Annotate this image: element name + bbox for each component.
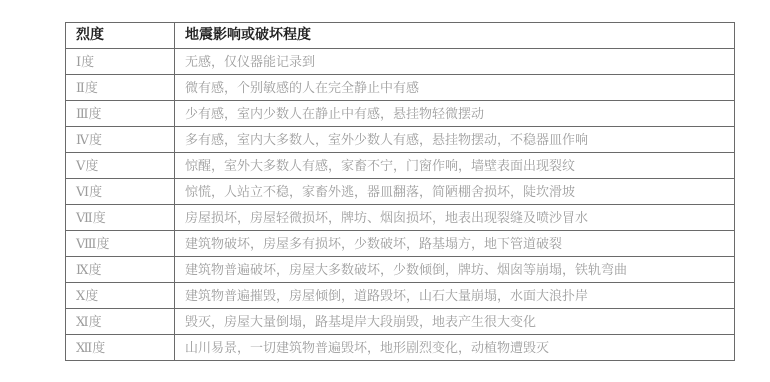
table-row: Ⅹ度 建筑物普遍摧毁，房屋倾倒，道路毁坏，山石大量崩塌，水面大浪扑岸 <box>66 283 735 309</box>
table-row: Ⅵ度 惊慌，人站立不稳，家畜外逃，器皿翻落，简陋棚舍损坏，陡坎滑坡 <box>66 179 735 205</box>
document-page: 烈度 地震影响或破坏程度 Ⅰ度 无感，仅仪器能记录到 Ⅱ度 微有感，个别敏感的人… <box>0 0 770 382</box>
description-cell: 多有感，室内大多数人，室外少数人有感，悬挂物摆动，不稳器皿作响 <box>175 127 735 153</box>
description-cell: 山川易景，一切建筑物普遍毁坏，地形剧烈变化，动植物遭毁灭 <box>175 335 735 361</box>
description-cell: 惊慌，人站立不稳，家畜外逃，器皿翻落，简陋棚舍损坏，陡坎滑坡 <box>175 179 735 205</box>
intensity-cell: Ⅷ度 <box>66 231 175 257</box>
table-row: Ⅶ度 房屋损坏，房屋轻微损坏，牌坊、烟囱损坏，地表出现裂缝及喷沙冒水 <box>66 205 735 231</box>
intensity-cell: Ⅳ度 <box>66 127 175 153</box>
table-row: Ⅺ度 毁灭，房屋大量倒塌，路基堤岸大段崩毁，地表产生很大变化 <box>66 309 735 335</box>
intensity-cell: Ⅹ度 <box>66 283 175 309</box>
description-cell: 微有感，个别敏感的人在完全静止中有感 <box>175 75 735 101</box>
table-row: Ⅸ度 建筑物普遍破坏，房屋大多数破坏，少数倾倒，牌坊、烟囱等崩塌，铁轨弯曲 <box>66 257 735 283</box>
description-cell: 惊醒，室外大多数人有感，家畜不宁，门窗作响，墙壁表面出现裂纹 <box>175 153 735 179</box>
description-cell: 建筑物普遍破坏，房屋大多数破坏，少数倾倒，牌坊、烟囱等崩塌，铁轨弯曲 <box>175 257 735 283</box>
intensity-cell: Ⅴ度 <box>66 153 175 179</box>
earthquake-intensity-table: 烈度 地震影响或破坏程度 Ⅰ度 无感，仅仪器能记录到 Ⅱ度 微有感，个别敏感的人… <box>65 22 735 361</box>
table-row: Ⅰ度 无感，仅仪器能记录到 <box>66 49 735 75</box>
intensity-cell: Ⅸ度 <box>66 257 175 283</box>
intensity-cell: Ⅲ度 <box>66 101 175 127</box>
header-cell-description: 地震影响或破坏程度 <box>175 23 735 49</box>
intensity-cell: Ⅱ度 <box>66 75 175 101</box>
table-row: Ⅻ度 山川易景，一切建筑物普遍毁坏，地形剧烈变化，动植物遭毁灭 <box>66 335 735 361</box>
description-cell: 少有感，室内少数人在静止中有感，悬挂物轻微摆动 <box>175 101 735 127</box>
intensity-cell: Ⅰ度 <box>66 49 175 75</box>
header-cell-intensity: 烈度 <box>66 23 175 49</box>
table-header-row: 烈度 地震影响或破坏程度 <box>66 23 735 49</box>
intensity-cell: Ⅶ度 <box>66 205 175 231</box>
table-row: Ⅳ度 多有感，室内大多数人，室外少数人有感，悬挂物摆动，不稳器皿作响 <box>66 127 735 153</box>
intensity-cell: Ⅺ度 <box>66 309 175 335</box>
intensity-cell: Ⅻ度 <box>66 335 175 361</box>
table-row: Ⅴ度 惊醒，室外大多数人有感，家畜不宁，门窗作响，墙壁表面出现裂纹 <box>66 153 735 179</box>
description-cell: 无感，仅仪器能记录到 <box>175 49 735 75</box>
description-cell: 房屋损坏，房屋轻微损坏，牌坊、烟囱损坏，地表出现裂缝及喷沙冒水 <box>175 205 735 231</box>
table-row: Ⅲ度 少有感，室内少数人在静止中有感，悬挂物轻微摆动 <box>66 101 735 127</box>
table-row: Ⅱ度 微有感，个别敏感的人在完全静止中有感 <box>66 75 735 101</box>
table-row: Ⅷ度 建筑物破坏，房屋多有损坏，少数破坏，路基塌方，地下管道破裂 <box>66 231 735 257</box>
description-cell: 建筑物破坏，房屋多有损坏，少数破坏，路基塌方，地下管道破裂 <box>175 231 735 257</box>
description-cell: 毁灭，房屋大量倒塌，路基堤岸大段崩毁，地表产生很大变化 <box>175 309 735 335</box>
description-cell: 建筑物普遍摧毁，房屋倾倒，道路毁坏，山石大量崩塌，水面大浪扑岸 <box>175 283 735 309</box>
intensity-cell: Ⅵ度 <box>66 179 175 205</box>
